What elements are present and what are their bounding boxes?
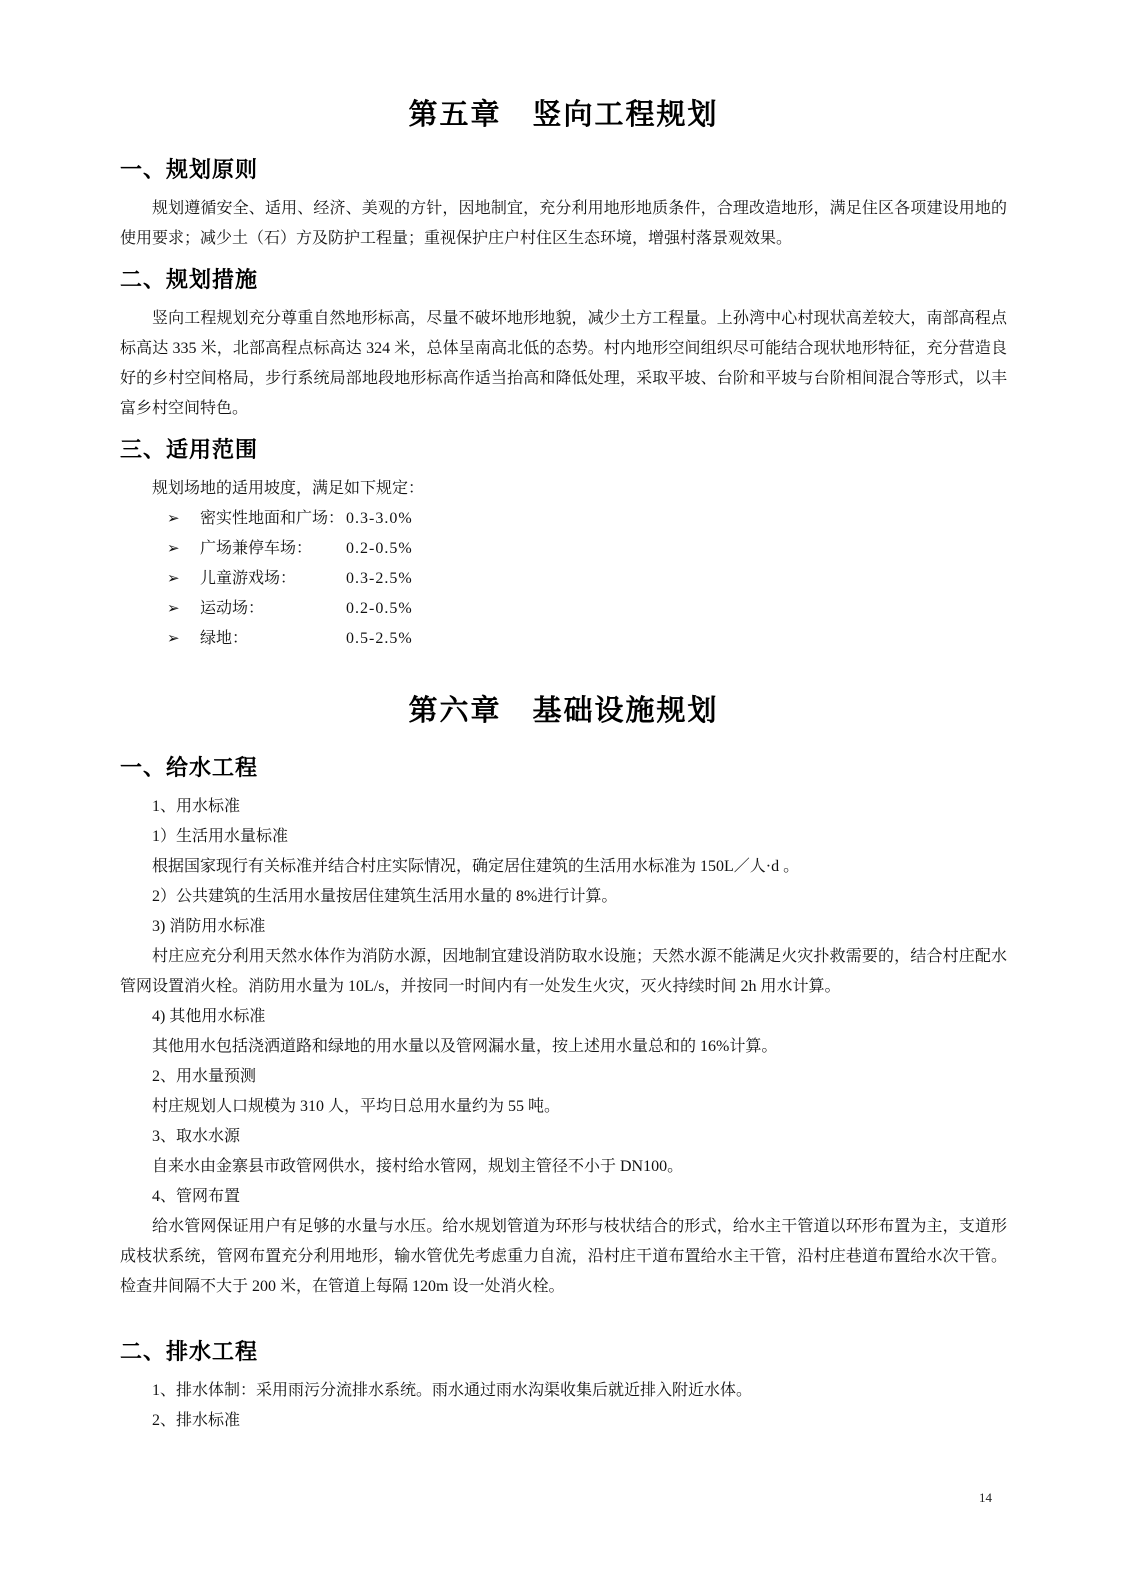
body-paragraph: 1、用水标准 — [120, 792, 1007, 822]
body-paragraph: 其他用水包括浇洒道路和绿地的用水量以及管网漏水量，按上述用水量总和的 16%计算… — [120, 1032, 1007, 1062]
body-paragraph: 自来水由金寨县市政管网供水，接村给水管网，规划主管径不小于 DN100。 — [120, 1152, 1007, 1182]
slope-value: 0.3-3.0% — [346, 504, 413, 534]
section-heading-planning-measures: 二、规划措施 — [120, 266, 1007, 294]
body-paragraph: 村庄应充分利用天然水体作为消防水源，因地制宜建设消防取水设施；天然水源不能满足火… — [120, 942, 1007, 1002]
body-paragraph: 3) 消防用水标准 — [120, 912, 1007, 942]
chapter-5-title: 第五章 竖向工程规划 — [120, 98, 1007, 132]
section-heading-water-supply: 一、给水工程 — [120, 754, 1007, 782]
arrow-bullet-icon: ➢ — [167, 624, 200, 654]
arrow-bullet-icon: ➢ — [167, 534, 200, 564]
slope-label: 广场兼停车场： — [200, 534, 346, 564]
slope-label: 密实性地面和广场： — [200, 504, 346, 534]
slope-value: 0.3-2.5% — [346, 564, 413, 594]
slope-list-item: ➢ 广场兼停车场： 0.2-0.5% — [120, 534, 1007, 564]
page-number: 14 — [979, 1490, 992, 1506]
body-paragraph: 3、取水水源 — [120, 1122, 1007, 1152]
body-paragraph: 竖向工程规划充分尊重自然地形标高，尽量不破坏地形地貌，减少土方工程量。上孙湾中心… — [120, 304, 1007, 424]
slope-value: 0.5-2.5% — [346, 624, 413, 654]
slope-list-item: ➢ 绿地： 0.5-2.5% — [120, 624, 1007, 654]
body-paragraph: 1）生活用水量标准 — [120, 822, 1007, 852]
arrow-bullet-icon: ➢ — [167, 594, 200, 624]
chapter-6-title: 第六章 基础设施规划 — [120, 694, 1007, 728]
slope-label: 运动场： — [200, 594, 346, 624]
slope-list-item: ➢ 密实性地面和广场： 0.3-3.0% — [120, 504, 1007, 534]
slope-label: 儿童游戏场： — [200, 564, 346, 594]
body-paragraph: 给水管网保证用户有足够的水量与水压。给水规划管道为环形与枝状结合的形式，给水主干… — [120, 1212, 1007, 1302]
slope-list-item: ➢ 儿童游戏场： 0.3-2.5% — [120, 564, 1007, 594]
section-heading-planning-principles: 一、规划原则 — [120, 156, 1007, 184]
body-paragraph: 规划场地的适用坡度，满足如下规定： — [120, 474, 1007, 504]
slope-value: 0.2-0.5% — [346, 594, 413, 624]
section-heading-drainage: 二、排水工程 — [120, 1338, 1007, 1366]
slope-value: 0.2-0.5% — [346, 534, 413, 564]
slope-standards-list: ➢ 密实性地面和广场： 0.3-3.0% ➢ 广场兼停车场： 0.2-0.5% … — [120, 504, 1007, 654]
body-paragraph: 4) 其他用水标准 — [120, 1002, 1007, 1032]
slope-label: 绿地： — [200, 624, 346, 654]
body-paragraph: 根据国家现行有关标准并结合村庄实际情况，确定居住建筑的生活用水标准为 150L／… — [120, 852, 1007, 882]
body-paragraph: 1、排水体制：采用雨污分流排水系统。雨水通过雨水沟渠收集后就近排入附近水体。 — [120, 1376, 1007, 1406]
body-paragraph: 村庄规划人口规模为 310 人，平均日总用水量约为 55 吨。 — [120, 1092, 1007, 1122]
document-page: 第五章 竖向工程规划 一、规划原则 规划遵循安全、适用、经济、美观的方针，因地制… — [0, 0, 1122, 1587]
arrow-bullet-icon: ➢ — [167, 564, 200, 594]
body-paragraph: 规划遵循安全、适用、经济、美观的方针，因地制宜，充分利用地形地质条件，合理改造地… — [120, 194, 1007, 254]
section-heading-applicable-scope: 三、适用范围 — [120, 436, 1007, 464]
arrow-bullet-icon: ➢ — [167, 504, 200, 534]
body-paragraph: 2、用水量预测 — [120, 1062, 1007, 1092]
body-paragraph: 2）公共建筑的生活用水量按居住建筑生活用水量的 8%进行计算。 — [120, 882, 1007, 912]
slope-list-item: ➢ 运动场： 0.2-0.5% — [120, 594, 1007, 624]
body-paragraph: 4、管网布置 — [120, 1182, 1007, 1212]
body-paragraph: 2、排水标准 — [120, 1406, 1007, 1436]
